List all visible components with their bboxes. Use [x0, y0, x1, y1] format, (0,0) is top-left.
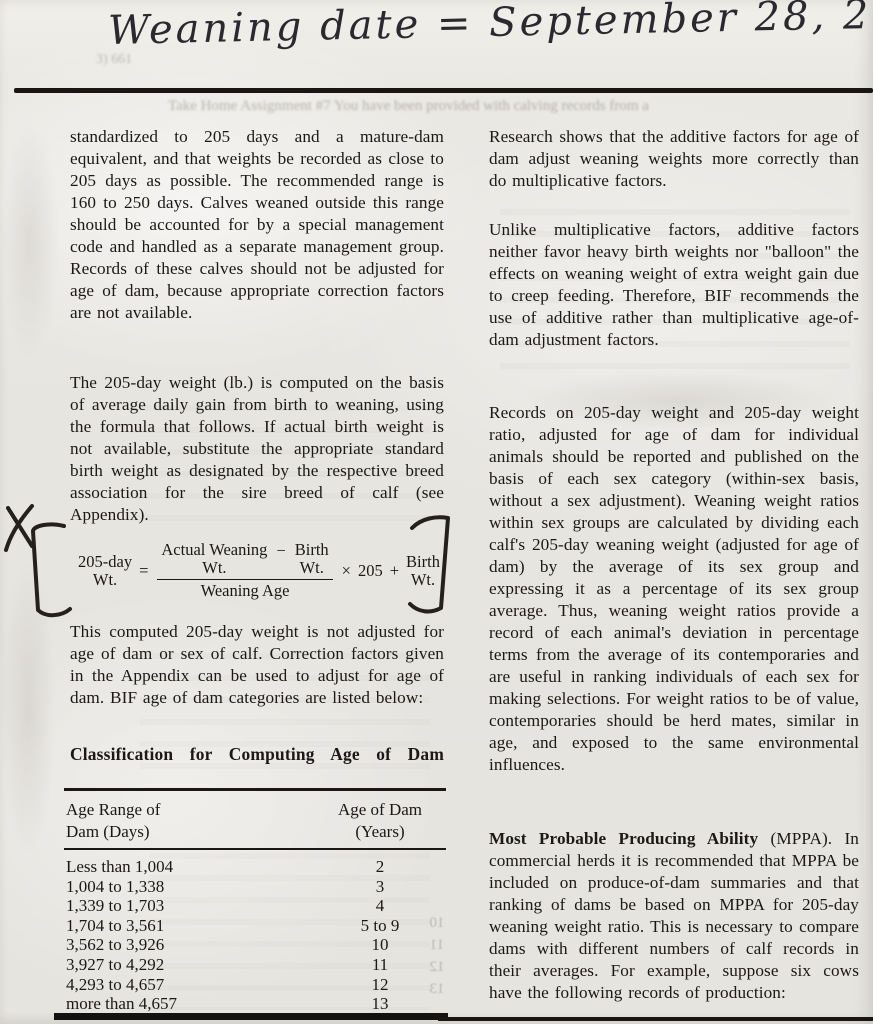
plus-birth-wt: Birth Wt. — [406, 553, 440, 589]
num1-line2: Wt. — [202, 559, 226, 577]
age-range-cell: 1,704 to 3,561 — [66, 916, 164, 936]
table-row: 1,339 to 1,7034 — [66, 896, 444, 916]
num1-line1: Actual Weaning — [161, 541, 267, 559]
paragraph-not-adjusted: This computed 205-day weight is not adju… — [70, 621, 444, 709]
formula-lhs-line2: Wt. — [93, 571, 117, 589]
top-horizontal-rule — [14, 88, 873, 93]
birth-wt: Birth Wt. — [295, 541, 329, 577]
gutter-number: 12 — [420, 956, 454, 978]
formula-lhs: 205-day Wt. — [78, 553, 132, 589]
age-of-dam-table: Age Range of Dam (Days) Age of Dam (Year… — [64, 788, 446, 1014]
paragraph-standardized-205: standardized to 205 days and a mature-da… — [70, 126, 444, 324]
minus-sign: − — [276, 542, 285, 560]
age-range-cell: 3,927 to 4,292 — [66, 955, 164, 975]
formula-left-bracket — [20, 518, 74, 624]
table-row: 1,004 to 1,3383 — [66, 877, 444, 897]
equals-sign: = — [139, 562, 148, 580]
table-row: 3,927 to 4,29211 — [66, 955, 444, 975]
formula-numerator: Actual Weaning Wt. − Birth Wt. — [157, 541, 332, 579]
mppa-bold-lead: Most Probable Producing Ability — [489, 829, 758, 848]
formula-denominator: Weaning Age — [201, 580, 290, 600]
bleedthrough-take-home-line: Take Home Assignment #7 You have been pr… — [168, 98, 868, 115]
num2-line2: Wt. — [300, 559, 324, 577]
gutter-number: 11 — [420, 934, 454, 956]
table-body: Less than 1,0042 1,004 to 1,3383 1,339 t… — [64, 850, 446, 1014]
table-row: 1,704 to 3,5615 to 9 — [66, 916, 444, 936]
col2-header-line2: (Years) — [316, 821, 444, 843]
formula-lhs-line1: 205-day — [78, 553, 132, 571]
table-header-row: Age Range of Dam (Days) Age of Dam (Year… — [64, 791, 446, 843]
add-line1: Birth — [406, 553, 440, 571]
factor-205: 205 — [358, 562, 383, 580]
paragraph-research-shows: Research shows that the additive factors… — [489, 126, 859, 192]
paragraph-records-205-day: Records on 205-day weight and 205-day we… — [489, 402, 859, 776]
paragraph-mppa: Most Probable Producing Ability (MPPA). … — [489, 828, 859, 1004]
table-bottom-rule — [54, 1013, 448, 1020]
column-header-age-range: Age Range of Dam (Days) — [66, 799, 160, 843]
scan-smudge — [0, 120, 60, 360]
205-day-weight-formula: 205-day Wt. = Actual Weaning Wt. − Birth… — [70, 541, 448, 600]
handwritten-x-mark — [2, 500, 36, 558]
gutter-number: 13 — [420, 978, 454, 1000]
handwritten-weaning-date-note: Weaning date = September 28, 2004 — [108, 0, 869, 54]
add-line2: Wt. — [411, 571, 435, 589]
col1-header-line1: Age Range of — [66, 799, 160, 821]
bleedthrough-text-fragment: 3) 661 — [96, 52, 132, 68]
table-row: more than 4,65713 — [66, 994, 444, 1014]
age-range-cell: 3,562 to 3,926 — [66, 935, 164, 955]
plus-sign: + — [390, 562, 399, 580]
paragraph-205-day-weight: The 205-day weight (lb.) is computed on … — [70, 372, 444, 526]
age-years-cell: 3 — [316, 877, 444, 897]
table-row: 4,293 to 4,65712 — [66, 975, 444, 995]
times-sign: × — [342, 562, 351, 580]
age-range-cell: Less than 1,004 — [66, 857, 173, 877]
num2-line1: Birth — [295, 541, 329, 559]
paragraph-unlike-multiplicative: Unlike multiplicative factors, additive … — [489, 219, 859, 351]
age-years-cell: 2 — [316, 857, 444, 877]
age-range-cell: 1,004 to 1,338 — [66, 877, 164, 897]
age-range-cell: 1,339 to 1,703 — [66, 896, 164, 916]
age-range-cell: 4,293 to 4,657 — [66, 975, 164, 995]
table-row: Less than 1,0042 — [66, 857, 444, 877]
bottom-right-rule — [438, 1017, 873, 1021]
scanned-document-page: Weaning date = September 28, 2004 3) 661… — [0, 0, 873, 1024]
gutter-number: 10 — [420, 912, 454, 934]
actual-weaning-wt: Actual Weaning Wt. — [161, 541, 267, 577]
column-header-age-years: Age of Dam (Years) — [316, 799, 444, 843]
formula-fraction: Actual Weaning Wt. − Birth Wt. Weaning A… — [157, 541, 332, 600]
mppa-paragraph-rest: (MPPA). In commercial herds it is recomm… — [489, 829, 859, 1002]
col2-header-line1: Age of Dam — [316, 799, 444, 821]
bleedthrough-gutter-numbers: 10 11 12 13 — [420, 912, 454, 1000]
col1-header-line2: Dam (Days) — [66, 821, 160, 843]
age-range-cell: more than 4,657 — [66, 994, 177, 1014]
table-heading: Classification for Computing Age of Dam — [70, 744, 444, 786]
scan-smudge — [0, 560, 56, 860]
table-row: 3,562 to 3,92610 — [66, 935, 444, 955]
